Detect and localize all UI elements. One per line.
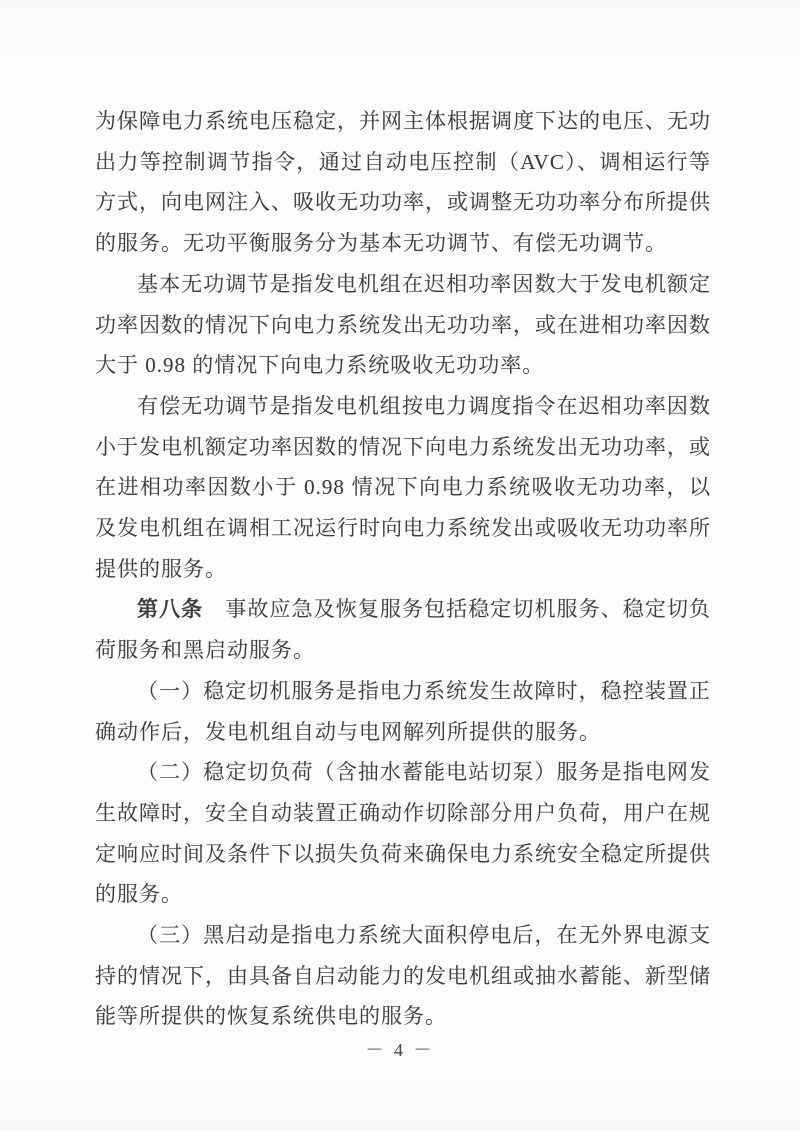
- para-item-2-stable-load-shedding: （二）稳定切负荷（含抽水蓄能电站切泵）服务是指电网发生故障时，安全自动装置正确动…: [95, 752, 711, 915]
- scanned-document: { "document": { "paragraphs": [ { "name"…: [0, 0, 800, 1131]
- scan-noise-artifact-top: [0, 0, 800, 90]
- para-item-1-stable-generator-tripping: （一）稳定切机服务是指电力系统发生故障时，稳控装置正确动作后，发电机组自动与电网…: [95, 671, 711, 752]
- article-number-label: 第八条: [137, 597, 203, 621]
- document-body: 为保障电力系统电压稳定，并网主体根据调度下达的电压、无功出力等控制调节指令，通过…: [95, 101, 711, 1037]
- para-reactive-balance-continuation: 为保障电力系统电压稳定，并网主体根据调度下达的电压、无功出力等控制调节指令，通过…: [95, 101, 711, 264]
- scan-noise-artifact-bottom: [0, 1061, 800, 1131]
- page-number: － 4 －: [0, 1038, 800, 1062]
- para-basic-reactive-regulation: 基本无功调节是指发电机组在迟相功率因数大于发电机额定功率因数的情况下向电力系统发…: [95, 264, 711, 386]
- para-paid-reactive-regulation: 有偿无功调节是指发电机组按电力调度指令在迟相功率因数小于发电机额定功率因数的情况…: [95, 386, 711, 590]
- para-article-8: 第八条 事故应急及恢复服务包括稳定切机服务、稳定切负荷服务和黑启动服务。: [95, 589, 711, 670]
- document-page: 为保障电力系统电压稳定，并网主体根据调度下达的电压、无功出力等控制调节指令，通过…: [0, 0, 800, 1131]
- para-item-3-black-start: （三）黑启动是指电力系统大面积停电后，在无外界电源支持的情况下，由具备自启动能力…: [95, 915, 711, 1037]
